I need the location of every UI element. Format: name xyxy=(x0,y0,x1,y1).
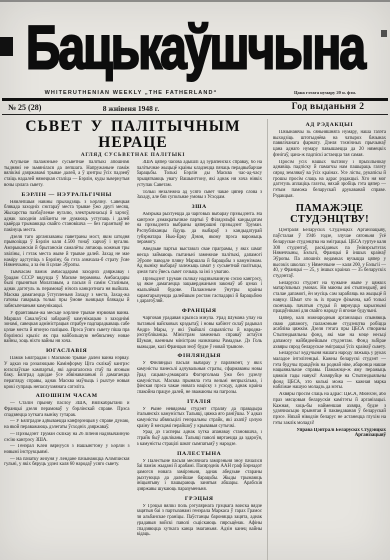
section-heading: ПАЛЕСТЫНА xyxy=(137,451,263,457)
paragraph: — Генэрал Клей вярнуўся з Вашынгтону ў Б… xyxy=(4,444,130,455)
paragraph: Няйлепшыя навіны прыходзяць з Бэрліну. С… xyxy=(4,200,130,234)
publication-year: Год выданьня 2 xyxy=(266,102,390,112)
price-note: Цана гэтага нумару 20 н. фэн. xyxy=(265,90,385,95)
section-heading: ФІНЛЯНДЫЯ xyxy=(137,353,263,359)
dateline: № 25 (28) 8 жнівеня 1948 г. Год выданьня… xyxy=(0,101,390,114)
lead-article: СЬВЕТ У ПАЛІТЫЧНЫМ НЕРАЦЕ АГЛЯД СУСЬВЕТН… xyxy=(4,119,262,560)
issue-date: 8 жнівеня 1948 г. xyxy=(0,104,262,113)
page-body: СЬВЕТ У ПАЛІТЫЧНЫМ НЕРАЦЕ АГЛЯД СУСЬВЕТН… xyxy=(4,119,386,560)
section-heading: ФРАНЦЫЯ xyxy=(137,308,263,314)
section-heading: ГРЭЦЫЯ xyxy=(137,496,263,502)
section-heading: БЭРЛІН — НЭЎРАЛЬГІЧНЫ xyxy=(4,192,130,198)
paragraph: Дзеля таго арганізаваны паветраны мост, … xyxy=(4,235,130,269)
paragraph: Толькі незалежна ад усяго сьвет чакае ця… xyxy=(137,190,263,201)
lead-columns: Агульнае палажэньне сусьветнае палітыкі … xyxy=(4,160,262,539)
masthead: Бацькаўшчына WHITERUTHENIAN WEEKLY „THE … xyxy=(0,0,390,98)
paragraph: Чарговая ўрадавая крызіса мінула. Урад Ш… xyxy=(137,316,263,350)
paragraph: У Палестыне пасьля месячнага замірэньня … xyxy=(137,459,263,493)
newspaper-page: Бацькаўшчына WHITERUTHENIAN WEEKLY „THE … xyxy=(0,0,390,560)
paragraph: Прэзыдэнт Труман склікаў надзвычайную сэ… xyxy=(137,277,263,306)
column-left: Агульнае палажэньне сусьветнае палітыкі … xyxy=(4,160,130,539)
paragraph: Ахвяры просім слаць на адрас: ЦБСА, Мюнх… xyxy=(273,392,386,426)
paragraph: Цяпер, калі міжнародныя арганізацыі спын… xyxy=(273,316,386,350)
paragraph: Беларусы! Будучыня нашага народу ляжыць … xyxy=(273,351,386,391)
paragraph: У Грэцыі вялікі поль рэгулярнага грэцкаг… xyxy=(137,504,263,538)
paragraph: Беларускі студэнт на чужыне жыве ў цяжкі… xyxy=(273,281,386,315)
paragraph: Тымчасам паміж амбасадарамі заходніх дзя… xyxy=(4,270,130,310)
paragraph: Пачынаючы зь сяньняшняга нумару, наша га… xyxy=(273,130,386,159)
paragraph: У Рыме невядомы студэнт страляў да права… xyxy=(137,407,263,430)
signature-line: Управа Цэнтралі Беларускіх Студэнцкіх Ар… xyxy=(273,428,386,438)
masthead-title: Бацькаўшчына xyxy=(0,16,390,83)
paragraph: Амэрыка рыхтуецца да чарговых выбараў пр… xyxy=(137,212,263,246)
masthead-subtitle: WHITERUTHENIAN WEEKLY „THE FATHERLAND“ xyxy=(0,90,262,96)
paragraph: Цэнтраля Беларускіх Студэнцкіх Арганізац… xyxy=(273,228,386,279)
column-right: АД РЭДАКЦЫІПачынаючы зь сяньняшняга нума… xyxy=(267,119,386,560)
paragraph: Просім усіх нашых чытачоў і прыхільнікаў… xyxy=(273,160,386,200)
paragraph: — На пачатку жніўня ў Лёндане пачынаюцца… xyxy=(4,457,130,468)
paragraph: Паміж Бялградам і Масквою трывае далей в… xyxy=(4,356,130,390)
paragraph: — Прэзыдэнт Труман склікаў на 26 ліпеня … xyxy=(4,432,130,443)
article-headline: ПАМАЖЭЦЕ СТУДЭНЦТВУ! xyxy=(273,203,386,225)
section-heading: АПОШНІМ ЧАСАМ xyxy=(4,393,130,399)
lead-headline: СЬВЕТ У ПАЛІТЫЧНЫМ НЕРАЦЕ xyxy=(4,119,262,151)
section-heading: АД РЭДАКЦЫІ xyxy=(273,122,386,128)
section-heading: ЗША xyxy=(137,204,263,210)
paragraph: У франтавым-жа месьце Бэрліне трывае нэр… xyxy=(4,311,130,345)
paragraph: Урад дэ Гасперы аднак хутка апанаваў ста… xyxy=(137,430,263,447)
header-rule-thin xyxy=(2,114,388,115)
column-middle: ЗША цяпер часова адышлі ад эўрапейскіх с… xyxy=(137,160,263,539)
paragraph: Агульнае палажэньне сусьветнае палітыкі … xyxy=(4,160,130,189)
paragraph: Абедзьве партыі выставілі свае праграмы,… xyxy=(137,247,263,276)
paragraph: ЗША цяпер часова адышлі ад эўрапейскіх с… xyxy=(137,160,263,189)
paragraph: — У Бялградзе адбываецца канфэрэнцыя ў с… xyxy=(4,419,130,430)
section-heading: ІТАЛІЯ xyxy=(137,399,263,405)
paragraph: — Сталін прыняў паслоў ЗША, Вялікабрытан… xyxy=(4,401,130,418)
lead-subheadline: АГЛЯД СУСЬВЕТНАЕ ПАЛІТЫКІ xyxy=(4,152,262,158)
section-heading: ЮГАСЛАВІЯ xyxy=(4,348,130,354)
paragraph: У Фінляндыі пасьля выбараў у парлямэнт, … xyxy=(137,361,263,395)
